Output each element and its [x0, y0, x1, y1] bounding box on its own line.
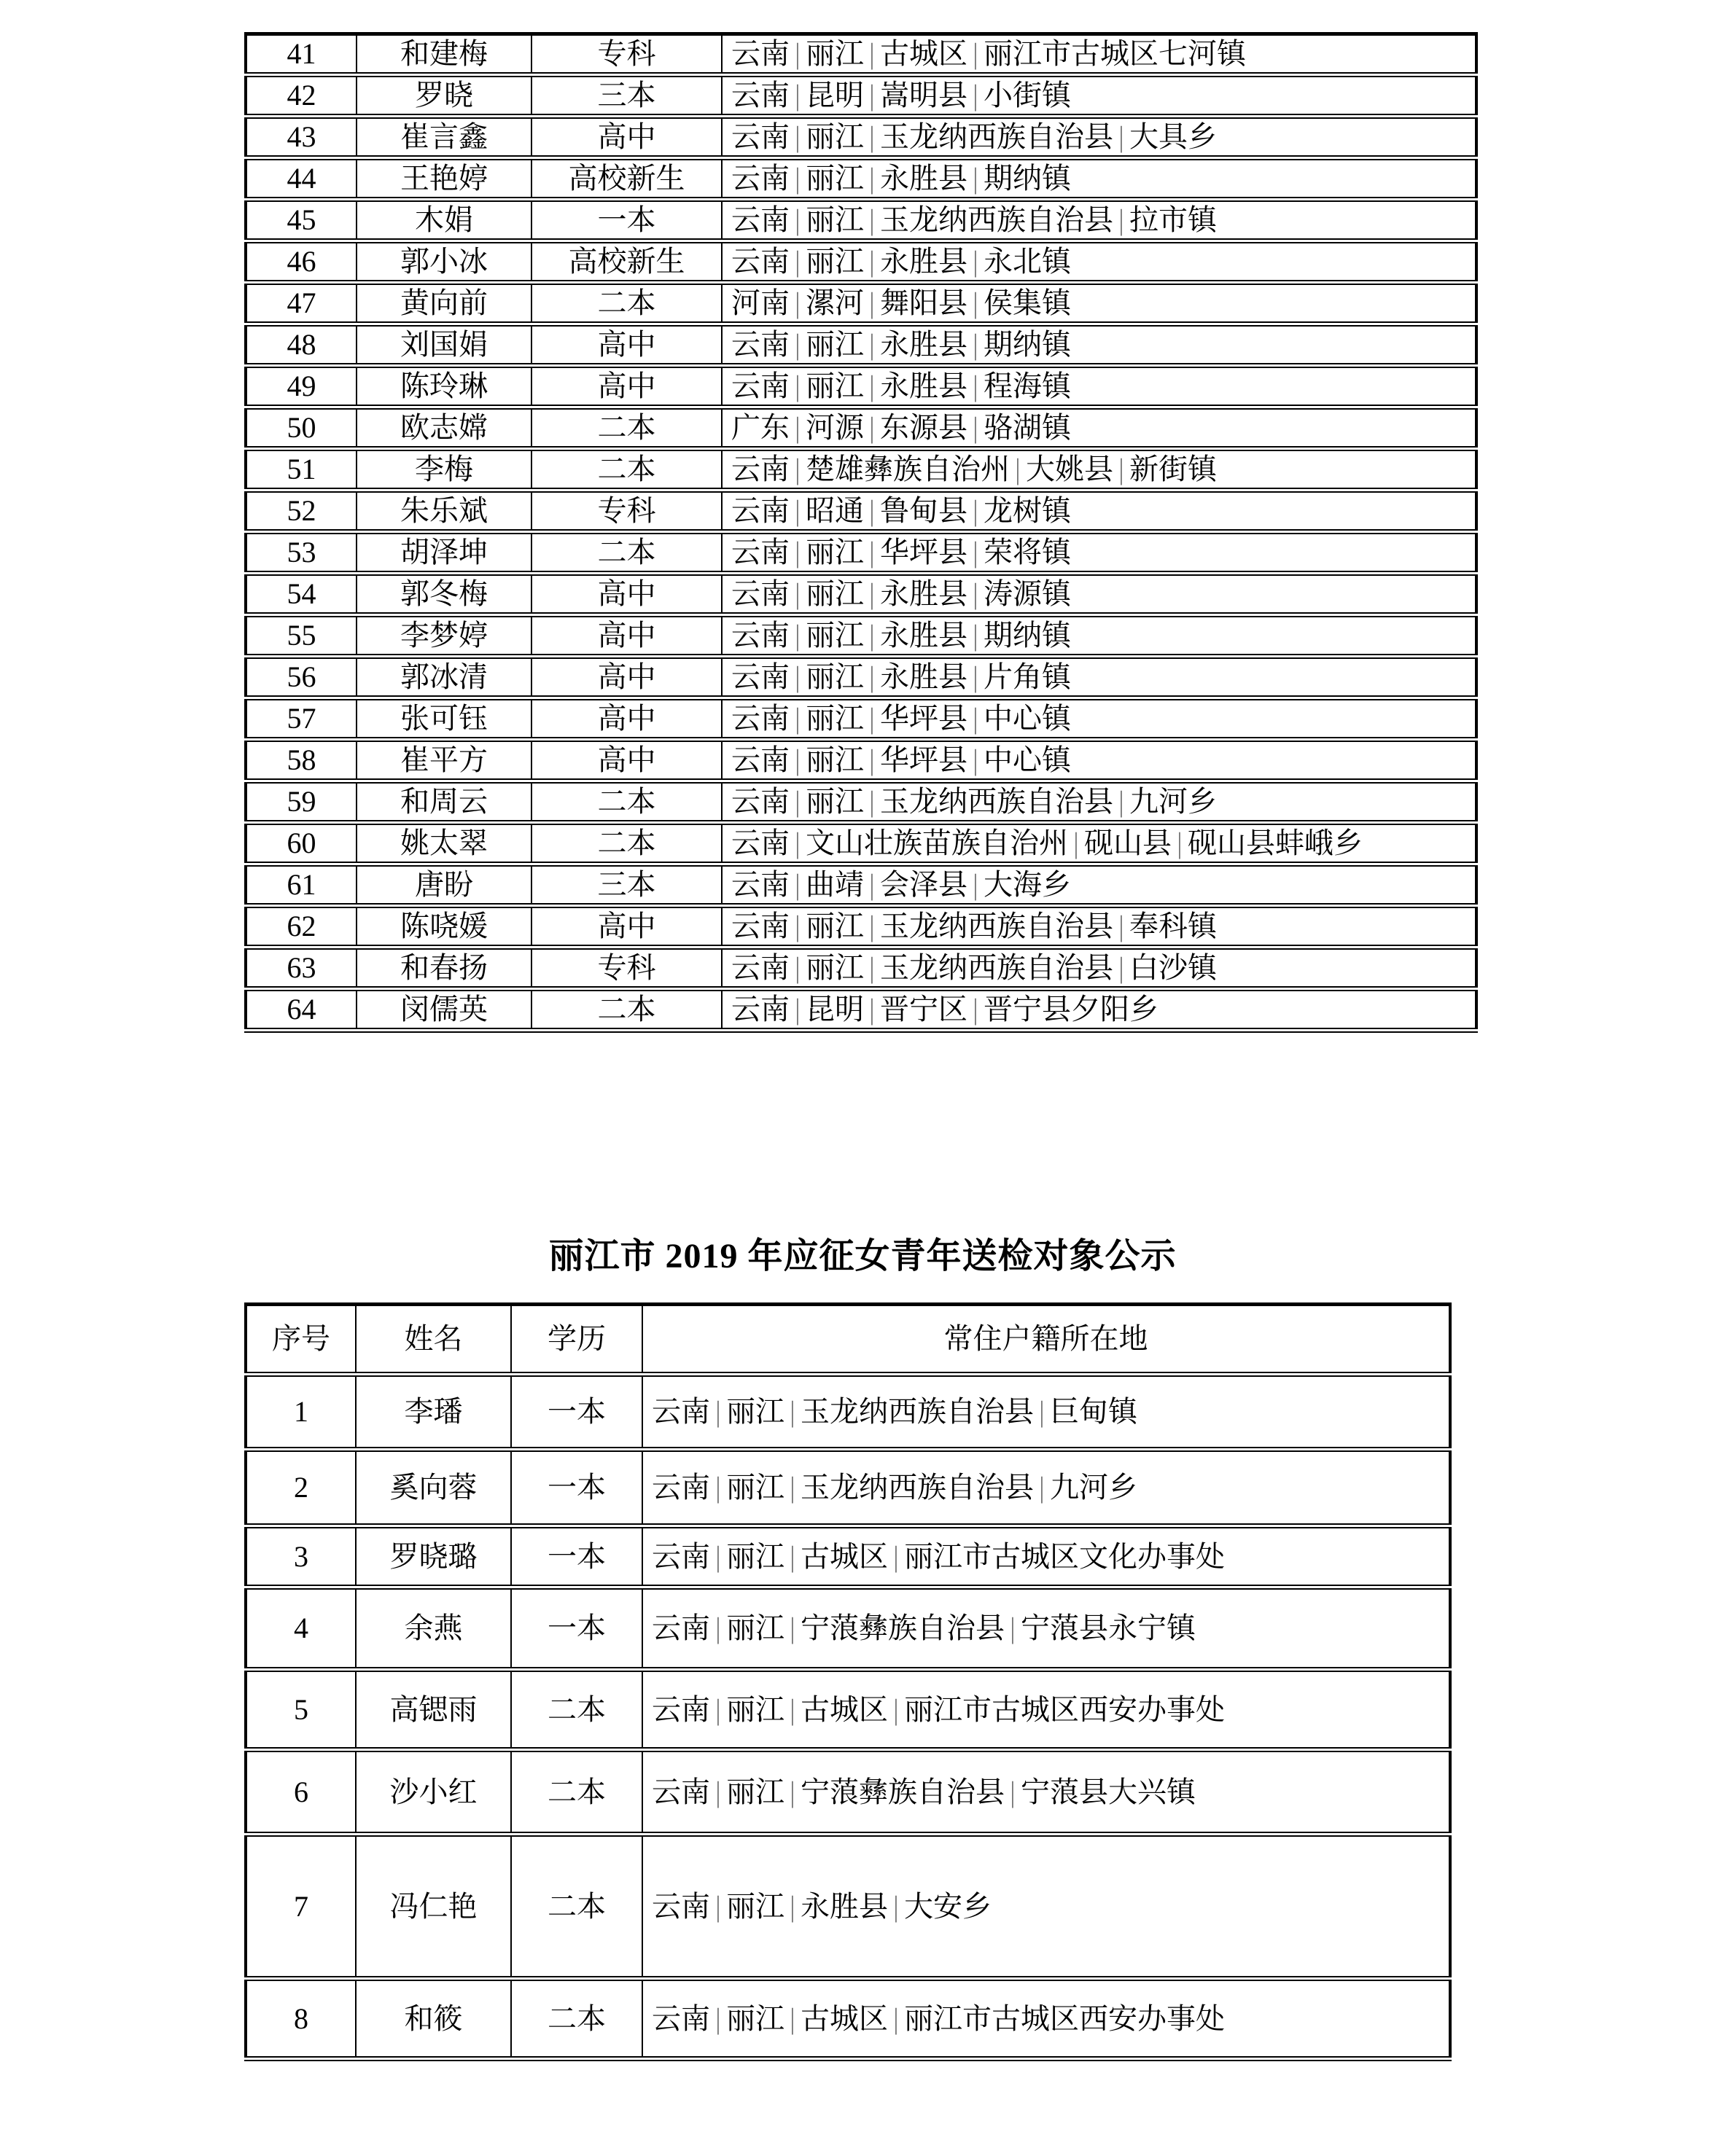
education-cell: 一本 — [511, 1450, 642, 1526]
residence-cell: 云南|丽江|玉龙纳西族自治县|奉科镇 — [722, 906, 1476, 948]
separator: | — [796, 991, 799, 1028]
residence-part: 丽江 — [726, 2002, 784, 2035]
residence-part: 丽江 — [806, 162, 864, 195]
name-cell: 郭小冰 — [357, 241, 531, 283]
residence-part: 丽江 — [806, 120, 864, 153]
residence-part: 丽江市古城区七河镇 — [984, 37, 1246, 70]
residence-part: 云南 — [731, 494, 790, 527]
residence-part: 涛源镇 — [984, 577, 1071, 610]
serial-cell: 52 — [246, 491, 357, 532]
separator: | — [871, 908, 873, 945]
table-row: 49陈玲琳高中云南|丽江|永胜县|程海镇 — [246, 366, 1476, 407]
separator: | — [796, 327, 799, 363]
education-cell: 二本 — [511, 1750, 642, 1835]
table-row: 42罗晓三本云南|昆明|嵩明县|小街镇 — [246, 75, 1476, 117]
separator: | — [871, 410, 873, 446]
residence-cell: 云南|丽江|永胜县|涛源镇 — [722, 574, 1476, 615]
education-cell: 二本 — [511, 1670, 642, 1750]
residence-part: 昆明 — [806, 79, 864, 112]
residence-part: 永胜县 — [880, 328, 967, 361]
residence-part: 云南 — [652, 1540, 710, 1573]
residence-part: 宁蒗彝族自治县 — [801, 1612, 1005, 1644]
residence-part: 永胜县 — [880, 619, 967, 652]
name-cell: 刘国娟 — [357, 324, 531, 366]
serial-cell: 50 — [246, 407, 357, 449]
residence-part: 云南 — [731, 577, 790, 610]
residence-cell: 云南|丽江|古城区|丽江市古城区文化办事处 — [642, 1526, 1450, 1587]
separator: | — [796, 202, 799, 238]
separator: | — [871, 784, 873, 820]
residence-part: 云南 — [731, 743, 790, 776]
separator: | — [974, 576, 977, 612]
separator: | — [1011, 1610, 1014, 1647]
table-row: 48刘国娟高中云南|丽江|永胜县|期纳镇 — [246, 324, 1476, 366]
education-cell: 高中 — [531, 906, 722, 948]
separator: | — [796, 451, 799, 488]
residence-part: 古城区 — [880, 37, 967, 70]
residence-part: 云南 — [652, 2002, 710, 2035]
residence-cell: 云南|丽江|永胜县|程海镇 — [722, 366, 1476, 407]
separator: | — [791, 1610, 794, 1647]
residence-part: 舞阳县 — [880, 286, 967, 319]
table-row: 62陈哓媛高中云南|丽江|玉龙纳西族自治县|奉科镇 — [246, 906, 1476, 948]
table-row: 45木娟一本云南|丽江|玉龙纳西族自治县|拉市镇 — [246, 200, 1476, 241]
separator: | — [717, 1539, 720, 1575]
separator: | — [796, 784, 799, 820]
name-cell: 崔言鑫 — [357, 117, 531, 158]
separator: | — [895, 1889, 897, 1925]
residence-part: 丽江市古城区文化办事处 — [904, 1540, 1225, 1573]
separator: | — [791, 1692, 794, 1728]
header-education: 学历 — [511, 1305, 642, 1375]
residence-part: 宁蒗彝族自治县 — [801, 1776, 1005, 1808]
residence-cell: 云南|昭通|鲁甸县|龙树镇 — [722, 491, 1476, 532]
name-cell: 和周云 — [357, 781, 531, 823]
education-cell: 二本 — [531, 449, 722, 491]
residence-part: 龙树镇 — [984, 494, 1071, 527]
residence-part: 丽江 — [806, 370, 864, 402]
residence-part: 云南 — [652, 1395, 710, 1428]
residence-part: 小街镇 — [984, 79, 1071, 112]
table-row: 64闵儒英二本云南|昆明|晋宁区|晋宁县夕阳乡 — [246, 989, 1476, 1031]
separator: | — [871, 991, 873, 1028]
separator: | — [796, 617, 799, 654]
name-cell: 李梅 — [357, 449, 531, 491]
residence-part: 九河乡 — [1129, 785, 1217, 818]
residence-cell: 云南|丽江|永胜县|期纳镇 — [722, 324, 1476, 366]
residence-part: 楚雄彝族自治州 — [806, 453, 1010, 485]
separator: | — [717, 1889, 720, 1925]
residence-cell: 云南|丽江|玉龙纳西族自治县|九河乡 — [642, 1450, 1450, 1526]
residence-part: 丽江 — [806, 328, 864, 361]
residence-cell: 云南|丽江|玉龙纳西族自治县|巨甸镇 — [642, 1375, 1450, 1450]
table-row: 4余燕一本云南|丽江|宁蒗彝族自治县|宁蒗县永宁镇 — [246, 1587, 1450, 1670]
serial-cell: 42 — [246, 75, 357, 117]
separator: | — [1178, 825, 1181, 862]
residence-part: 永胜县 — [880, 370, 967, 402]
residence-part: 云南 — [652, 1776, 710, 1808]
table-row: 55李梦婷高中云南|丽江|永胜县|期纳镇 — [246, 615, 1476, 657]
separator: | — [796, 659, 799, 695]
separator: | — [717, 1394, 720, 1430]
separator: | — [871, 119, 873, 155]
table-row: 60姚太翠二本云南|文山壮族苗族自治州|砚山县|砚山县蚌峨乡 — [246, 823, 1476, 864]
serial-cell: 45 — [246, 200, 357, 241]
separator: | — [796, 36, 799, 72]
separator: | — [796, 160, 799, 197]
serial-cell: 57 — [246, 698, 357, 740]
separator: | — [717, 1692, 720, 1728]
education-cell: 高校新生 — [531, 241, 722, 283]
table-row: 58崔平方高中云南|丽江|华坪县|中心镇 — [246, 740, 1476, 781]
education-cell: 一本 — [511, 1587, 642, 1670]
separator: | — [871, 700, 873, 737]
table-row: 5高锶雨二本云南|丽江|古城区|丽江市古城区西安办事处 — [246, 1670, 1450, 1750]
residence-part: 华坪县 — [880, 743, 967, 776]
residence-cell: 云南|丽江|古城区|丽江市古城区西安办事处 — [642, 1670, 1450, 1750]
residence-cell: 云南|丽江|宁蒗彝族自治县|宁蒗县永宁镇 — [642, 1587, 1450, 1670]
separator: | — [871, 659, 873, 695]
residence-part: 玉龙纳西族自治县 — [880, 951, 1113, 984]
residence-part: 片角镇 — [984, 660, 1071, 693]
separator: | — [974, 243, 977, 280]
separator: | — [974, 493, 977, 529]
separator: | — [895, 2001, 897, 2037]
name-cell: 罗晓 — [357, 75, 531, 117]
separator: | — [974, 742, 977, 778]
separator: | — [871, 160, 873, 197]
residence-part: 云南 — [731, 702, 790, 735]
residence-part: 丽江 — [806, 37, 864, 70]
education-cell: 高中 — [531, 740, 722, 781]
table-row: 57张可钰高中云南|丽江|华坪县|中心镇 — [246, 698, 1476, 740]
residence-cell: 云南|丽江|玉龙纳西族自治县|九河乡 — [722, 781, 1476, 823]
residence-part: 云南 — [731, 785, 790, 818]
residence-part: 大海乡 — [984, 868, 1071, 901]
residence-part: 云南 — [731, 993, 790, 1026]
residence-part: 宁蒗县永宁镇 — [1021, 1612, 1196, 1644]
residence-part: 云南 — [731, 120, 790, 153]
name-cell: 木娟 — [357, 200, 531, 241]
name-cell: 和建梅 — [357, 34, 531, 75]
education-cell: 二本 — [531, 283, 722, 324]
residence-part: 昭通 — [806, 494, 864, 527]
residence-part: 丽江 — [806, 619, 864, 652]
residence-cell: 云南|丽江|玉龙纳西族自治县|白沙镇 — [722, 948, 1476, 989]
page-title: 丽江市 2019 年应征女青年送检对象公示 — [0, 1226, 1725, 1287]
residence-part: 巨甸镇 — [1050, 1395, 1137, 1428]
separator: | — [791, 1774, 794, 1811]
document-page: 41和建梅专科云南|丽江|古城区|丽江市古城区七河镇42罗晓三本云南|昆明|嵩明… — [0, 0, 1725, 2156]
table-row: 53胡泽坤二本云南|丽江|华坪县|荣将镇 — [246, 532, 1476, 574]
residence-cell: 云南|丽江|华坪县|荣将镇 — [722, 532, 1476, 574]
residence-part: 宁蒗县大兴镇 — [1021, 1776, 1196, 1808]
name-cell: 和春扬 — [357, 948, 531, 989]
name-cell: 郭冬梅 — [357, 574, 531, 615]
residence-part: 白沙镇 — [1129, 951, 1217, 984]
separator: | — [871, 77, 873, 114]
serial-cell: 2 — [246, 1450, 356, 1526]
conscription-list-table-continued: 41和建梅专科云南|丽江|古城区|丽江市古城区七河镇42罗晓三本云南|昆明|嵩明… — [244, 32, 1478, 1033]
residence-part: 荣将镇 — [984, 536, 1071, 569]
separator: | — [791, 1469, 794, 1506]
separator: | — [871, 867, 873, 903]
separator: | — [791, 1539, 794, 1575]
education-cell: 高校新生 — [531, 158, 722, 200]
separator: | — [871, 243, 873, 280]
separator: | — [1120, 119, 1123, 155]
residence-part: 晋宁区 — [880, 993, 967, 1026]
residence-part: 云南 — [731, 370, 790, 402]
table-row: 43崔言鑫高中云南|丽江|玉龙纳西族自治县|大具乡 — [246, 117, 1476, 158]
education-cell: 高中 — [531, 698, 722, 740]
separator: | — [895, 1539, 897, 1575]
residence-part: 古城区 — [801, 1540, 888, 1573]
residence-part: 云南 — [652, 1890, 710, 1923]
separator: | — [974, 77, 977, 114]
residence-part: 丽江 — [726, 1776, 784, 1808]
separator: | — [791, 1394, 794, 1430]
residence-part: 嵩明县 — [880, 79, 967, 112]
separator: | — [796, 950, 799, 986]
residence-part: 云南 — [652, 1693, 710, 1726]
serial-cell: 59 — [246, 781, 357, 823]
separator: | — [871, 950, 873, 986]
separator: | — [796, 119, 799, 155]
separator: | — [974, 368, 977, 405]
separator: | — [974, 410, 977, 446]
education-cell: 二本 — [531, 532, 722, 574]
female-conscription-table: 序号 姓名 学历 常住户籍所在地 1李璠一本云南|丽江|玉龙纳西族自治县|巨甸镇… — [244, 1302, 1452, 2061]
residence-cell: 云南|丽江|华坪县|中心镇 — [722, 740, 1476, 781]
residence-part: 会泽县 — [880, 868, 967, 901]
serial-cell: 62 — [246, 906, 357, 948]
residence-cell: 云南|丽江|永胜县|大安乡 — [642, 1835, 1450, 1979]
name-cell: 黄向前 — [357, 283, 531, 324]
separator: | — [895, 1692, 897, 1728]
education-cell: 一本 — [511, 1526, 642, 1587]
serial-cell: 43 — [246, 117, 357, 158]
residence-part: 玉龙纳西族自治县 — [880, 910, 1113, 942]
education-cell: 二本 — [531, 989, 722, 1031]
residence-part: 丽江 — [726, 1890, 784, 1923]
separator: | — [796, 410, 799, 446]
residence-part: 晋宁县夕阳乡 — [984, 993, 1159, 1026]
residence-part: 文山壮族苗族自治州 — [806, 827, 1068, 859]
name-cell: 郭冰清 — [357, 657, 531, 698]
residence-part: 云南 — [652, 1471, 710, 1504]
serial-cell: 1 — [246, 1375, 356, 1450]
residence-part: 丽江 — [806, 660, 864, 693]
separator: | — [796, 77, 799, 114]
residence-part: 云南 — [731, 37, 790, 70]
name-cell: 冯仁艳 — [356, 1835, 511, 1979]
education-cell: 专科 — [531, 491, 722, 532]
table-row: 50欧志嫦二本广东|河源|东源县|骆湖镇 — [246, 407, 1476, 449]
separator: | — [796, 534, 799, 571]
education-cell: 高中 — [531, 366, 722, 407]
separator: | — [1120, 908, 1123, 945]
residence-part: 永胜县 — [801, 1890, 888, 1923]
name-cell: 欧志嫦 — [357, 407, 531, 449]
name-cell: 姚太翠 — [357, 823, 531, 864]
table-row: 44王艳婷高校新生云南|丽江|永胜县|期纳镇 — [246, 158, 1476, 200]
residence-cell: 云南|丽江|永胜县|片角镇 — [722, 657, 1476, 698]
residence-cell: 云南|昆明|嵩明县|小街镇 — [722, 75, 1476, 117]
table-row: 51李梅二本云南|楚雄彝族自治州|大姚县|新街镇 — [246, 449, 1476, 491]
separator: | — [974, 36, 977, 72]
residence-cell: 云南|丽江|宁蒗彝族自治县|宁蒗县大兴镇 — [642, 1750, 1450, 1835]
separator: | — [871, 534, 873, 571]
separator: | — [1011, 1774, 1014, 1811]
separator: | — [1120, 202, 1123, 238]
separator: | — [871, 742, 873, 778]
residence-part: 侯集镇 — [984, 286, 1071, 319]
education-cell: 二本 — [531, 823, 722, 864]
residence-part: 永北镇 — [984, 245, 1071, 278]
residence-cell: 河南|漯河|舞阳县|侯集镇 — [722, 283, 1476, 324]
residence-part: 大具乡 — [1129, 120, 1217, 153]
separator: | — [974, 700, 977, 737]
name-cell: 闵儒英 — [357, 989, 531, 1031]
separator: | — [796, 867, 799, 903]
serial-cell: 64 — [246, 989, 357, 1031]
table-row: 52朱乐斌专科云南|昭通|鲁甸县|龙树镇 — [246, 491, 1476, 532]
serial-cell: 58 — [246, 740, 357, 781]
education-cell: 高中 — [531, 657, 722, 698]
serial-cell: 5 — [246, 1670, 356, 1750]
residence-part: 丽江 — [806, 577, 864, 610]
serial-cell: 46 — [246, 241, 357, 283]
separator: | — [871, 327, 873, 363]
table-row: 7冯仁艳二本云南|丽江|永胜县|大安乡 — [246, 1835, 1450, 1979]
residence-cell: 云南|丽江|古城区|丽江市古城区西安办事处 — [642, 1979, 1450, 2059]
name-cell: 朱乐斌 — [357, 491, 531, 532]
table-row: 47黄向前二本河南|漯河|舞阳县|侯集镇 — [246, 283, 1476, 324]
table-row: 1李璠一本云南|丽江|玉龙纳西族自治县|巨甸镇 — [246, 1375, 1450, 1450]
education-cell: 二本 — [531, 781, 722, 823]
separator: | — [717, 1469, 720, 1506]
education-cell: 高中 — [531, 615, 722, 657]
header-serial: 序号 — [246, 1305, 356, 1375]
education-cell: 专科 — [531, 948, 722, 989]
residence-part: 云南 — [731, 203, 790, 236]
serial-cell: 41 — [246, 34, 357, 75]
residence-part: 丽江 — [806, 785, 864, 818]
residence-part: 玉龙纳西族自治县 — [801, 1395, 1034, 1428]
education-cell: 三本 — [531, 75, 722, 117]
name-cell: 崔平方 — [357, 740, 531, 781]
residence-part: 云南 — [731, 79, 790, 112]
header-residence: 常住户籍所在地 — [642, 1305, 1450, 1375]
residence-part: 云南 — [731, 827, 790, 859]
residence-part: 丽江 — [726, 1612, 784, 1644]
separator: | — [974, 617, 977, 654]
separator: | — [796, 700, 799, 737]
residence-part: 云南 — [731, 328, 790, 361]
residence-part: 期纳镇 — [984, 619, 1071, 652]
residence-part: 丽江 — [806, 951, 864, 984]
residence-part: 云南 — [731, 536, 790, 569]
residence-part: 曲靖 — [806, 868, 864, 901]
separator: | — [974, 327, 977, 363]
serial-cell: 51 — [246, 449, 357, 491]
name-cell: 高锶雨 — [356, 1670, 511, 1750]
separator: | — [796, 285, 799, 321]
residence-part: 永胜县 — [880, 245, 967, 278]
separator: | — [974, 285, 977, 321]
serial-cell: 63 — [246, 948, 357, 989]
residence-cell: 云南|丽江|玉龙纳西族自治县|拉市镇 — [722, 200, 1476, 241]
residence-cell: 云南|昆明|晋宁区|晋宁县夕阳乡 — [722, 989, 1476, 1031]
residence-part: 永胜县 — [880, 162, 967, 195]
residence-part: 骆湖镇 — [984, 411, 1071, 444]
separator: | — [796, 825, 799, 862]
separator: | — [1040, 1394, 1043, 1430]
residence-part: 期纳镇 — [984, 328, 1071, 361]
residence-cell: 云南|丽江|玉龙纳西族自治县|大具乡 — [722, 117, 1476, 158]
name-cell: 胡泽坤 — [357, 532, 531, 574]
separator: | — [717, 1610, 720, 1647]
table-row: 6沙小红二本云南|丽江|宁蒗彝族自治县|宁蒗县大兴镇 — [246, 1750, 1450, 1835]
separator: | — [871, 202, 873, 238]
name-cell: 沙小红 — [356, 1750, 511, 1835]
residence-part: 永胜县 — [880, 660, 967, 693]
residence-part: 云南 — [731, 868, 790, 901]
separator: | — [796, 576, 799, 612]
residence-part: 古城区 — [801, 2002, 888, 2035]
separator: | — [791, 2001, 794, 2037]
residence-part: 拉市镇 — [1129, 203, 1217, 236]
separator: | — [974, 991, 977, 1028]
residence-cell: 云南|丽江|永胜县|期纳镇 — [722, 615, 1476, 657]
table-row: 2奚向蓉一本云南|丽江|玉龙纳西族自治县|九河乡 — [246, 1450, 1450, 1526]
residence-part: 奉科镇 — [1129, 910, 1217, 942]
name-cell: 余燕 — [356, 1587, 511, 1670]
separator: | — [796, 243, 799, 280]
residence-part: 丽江 — [726, 1471, 784, 1504]
separator: | — [796, 908, 799, 945]
separator: | — [1120, 451, 1123, 488]
residence-part: 漯河 — [806, 286, 864, 319]
residence-part: 丽江 — [726, 1395, 784, 1428]
residence-part: 玉龙纳西族自治县 — [880, 785, 1113, 818]
residence-cell: 云南|丽江|古城区|丽江市古城区七河镇 — [722, 34, 1476, 75]
residence-cell: 云南|丽江|华坪县|中心镇 — [722, 698, 1476, 740]
residence-part: 古城区 — [801, 1693, 888, 1726]
separator: | — [871, 617, 873, 654]
name-cell: 王艳婷 — [357, 158, 531, 200]
residence-part: 河南 — [731, 286, 790, 319]
serial-cell: 60 — [246, 823, 357, 864]
name-cell: 李梦婷 — [357, 615, 531, 657]
residence-part: 云南 — [731, 162, 790, 195]
name-cell: 陈玲琳 — [357, 366, 531, 407]
residence-part: 丽江 — [806, 743, 864, 776]
table-row: 46郭小冰高校新生云南|丽江|永胜县|永北镇 — [246, 241, 1476, 283]
residence-part: 砚山县蚌峨乡 — [1188, 827, 1363, 859]
residence-cell: 云南|曲靖|会泽县|大海乡 — [722, 864, 1476, 906]
residence-part: 九河乡 — [1050, 1471, 1137, 1504]
separator: | — [974, 659, 977, 695]
serial-cell: 7 — [246, 1835, 356, 1979]
residence-part: 华坪县 — [880, 536, 967, 569]
name-cell: 张可钰 — [357, 698, 531, 740]
residence-part: 丽江市古城区西安办事处 — [904, 1693, 1225, 1726]
residence-part: 丽江 — [726, 1540, 784, 1573]
residence-part: 中心镇 — [984, 702, 1071, 735]
residence-part: 丽江 — [806, 702, 864, 735]
